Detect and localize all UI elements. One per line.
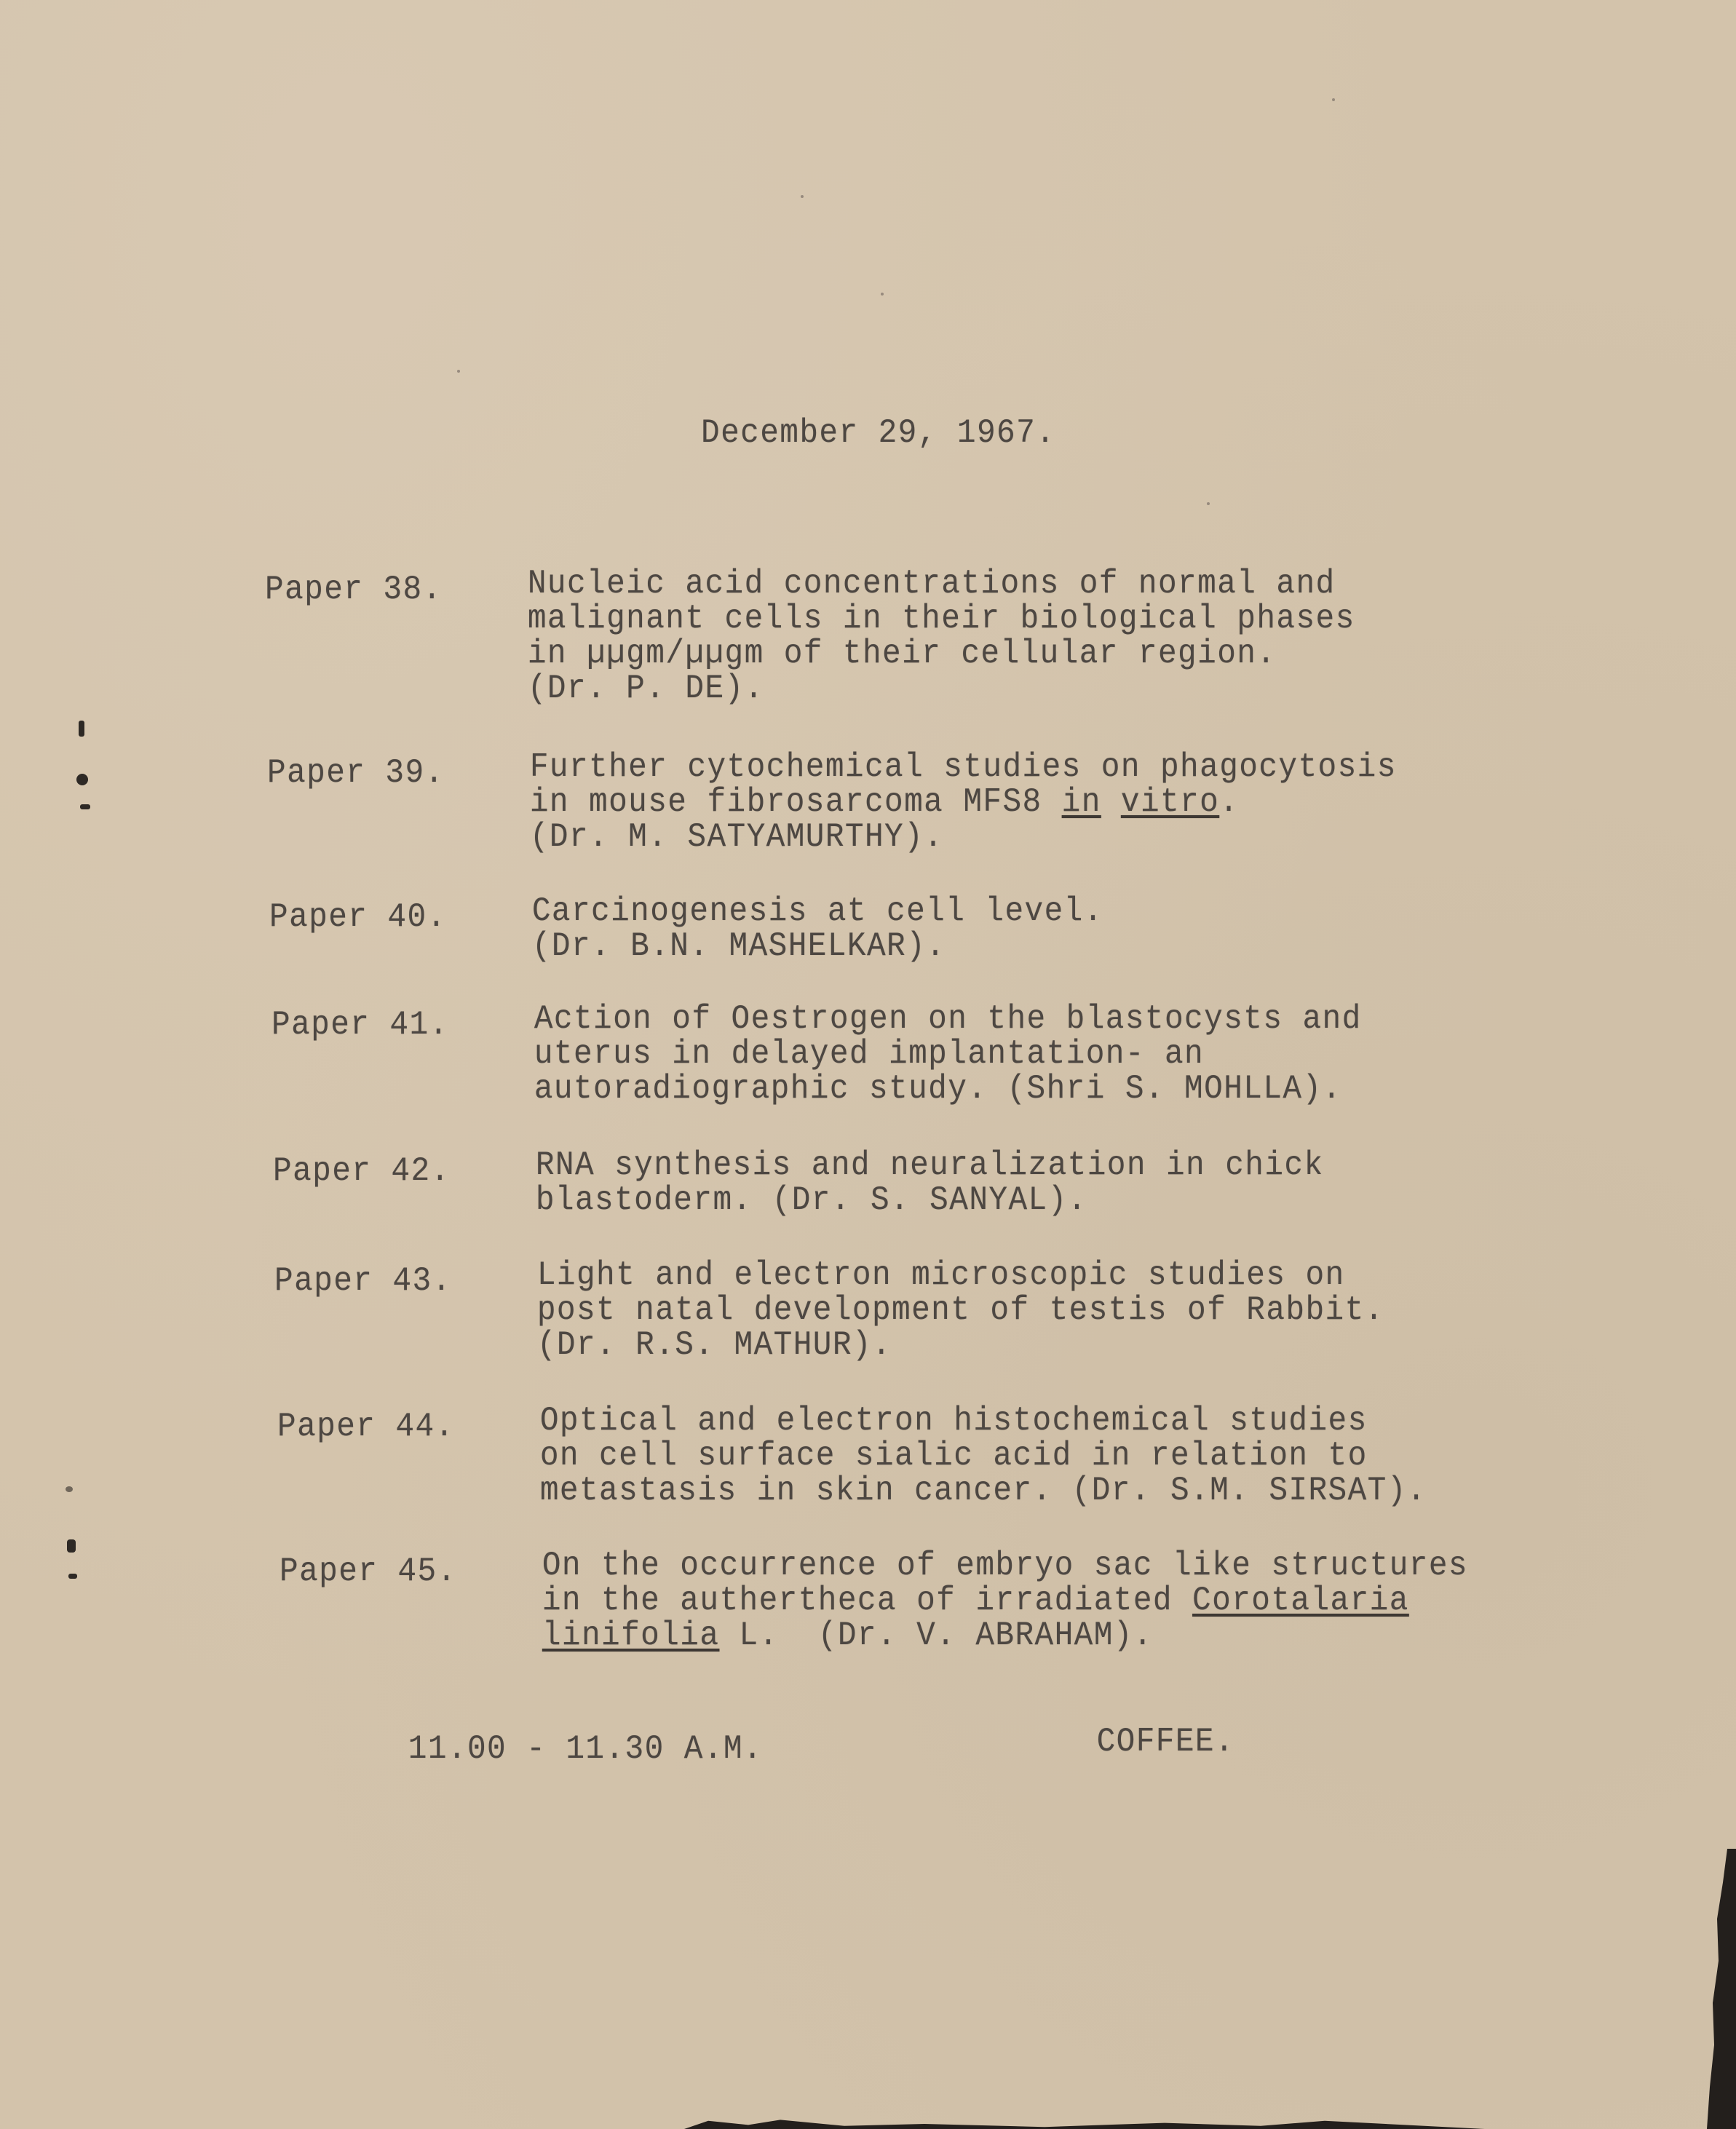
- paper-title-line: linifolia L. (Dr. V. ABRAHAM).: [542, 1617, 1468, 1652]
- paper-speck: [881, 293, 884, 296]
- paper-author: (Dr. M. SATYAMURTHY).: [530, 819, 1397, 854]
- paper-title-line: Light and electron microscopic studies o…: [537, 1257, 1384, 1292]
- paper-author: (Dr. B.N. MASHELKAR).: [532, 928, 1103, 963]
- paper-label: Paper 40.: [269, 899, 447, 935]
- paper-title-line: On the occurrence of embryo sac like str…: [542, 1547, 1468, 1582]
- paper-title: Further cytochemical studies on phagocyt…: [530, 749, 1397, 854]
- paper-speck: [801, 195, 804, 198]
- paper-title: Light and electron microscopic studies o…: [537, 1257, 1384, 1362]
- paper-author: L. (Dr. V. ABRAHAM).: [719, 1617, 1152, 1654]
- paper-label: Paper 41.: [272, 1007, 449, 1043]
- paper-label: Paper 44.: [277, 1408, 455, 1445]
- margin-mark: [66, 1486, 73, 1492]
- paper-title-text: in mouse fibrosarcoma MFS8: [530, 783, 1042, 821]
- paper-title-line: Optical and electron histochemical studi…: [540, 1403, 1427, 1438]
- paper-title-line: Action of Oestrogen on the blastocysts a…: [534, 1001, 1362, 1036]
- paper-speck: [1207, 502, 1210, 505]
- margin-mark: [79, 721, 84, 737]
- margin-mark: [76, 774, 88, 785]
- margin-mark: [68, 1574, 77, 1579]
- italic-term-in: in: [1062, 783, 1101, 821]
- paper-title-line: autoradiographic study. (Shri S. MOHLLA)…: [534, 1071, 1362, 1106]
- paper-title-line: Further cytochemical studies on phagocyt…: [530, 749, 1397, 784]
- paper-title: On the occurrence of embryo sac like str…: [542, 1547, 1468, 1652]
- torn-edge-right: [1707, 1849, 1736, 2129]
- paper-title-line: in µµgm/µµgm of their cellular region.: [528, 635, 1355, 670]
- paper-title-line: Carcinogenesis at cell level.: [532, 893, 1103, 928]
- paper-title: Action of Oestrogen on the blastocysts a…: [534, 1001, 1362, 1106]
- torn-edge-bottom: [684, 2119, 1485, 2129]
- paper-title-line: metastasis in skin cancer. (Dr. S.M. SIR…: [540, 1472, 1427, 1507]
- margin-mark: [80, 804, 90, 809]
- document-date: December 29, 1967.: [701, 415, 1055, 451]
- scanned-page: December 29, 1967. Paper 38. Nucleic aci…: [0, 0, 1736, 2129]
- paper-label: Paper 43.: [274, 1263, 452, 1299]
- paper-title: Optical and electron histochemical studi…: [540, 1403, 1427, 1507]
- paper-title-line: on cell surface sialic acid in relation …: [540, 1438, 1427, 1472]
- paper-speck: [1332, 98, 1335, 101]
- paper-title-line: in the authertheca of irradiated Corotal…: [542, 1582, 1468, 1617]
- paper-title-line: uterus in delayed implantation- an: [534, 1036, 1362, 1071]
- punctuation: .: [1219, 783, 1239, 821]
- paper-author: (Dr. P. DE).: [528, 670, 1355, 705]
- italic-term-vitro: vitro: [1121, 783, 1219, 821]
- paper-author: (Dr. R.S. MATHUR).: [537, 1327, 1384, 1362]
- paper-title-line: Nucleic acid concentrations of normal an…: [528, 566, 1355, 600]
- paper-title-text: in the authertheca of irradiated: [542, 1582, 1173, 1619]
- paper-title: Nucleic acid concentrations of normal an…: [528, 566, 1355, 705]
- paper-title-line: in mouse fibrosarcoma MFS8 in vitro.: [530, 784, 1397, 819]
- species-epithet: linifolia: [542, 1617, 720, 1654]
- paper-title-line: blastoderm. (Dr. S. SANYAL).: [536, 1182, 1324, 1217]
- species-genus: Corotalaria: [1192, 1582, 1409, 1619]
- paper-label: Paper 39.: [267, 755, 445, 791]
- paper-label: Paper 45.: [280, 1553, 457, 1590]
- paper-label: Paper 38.: [265, 571, 443, 608]
- paper-speck: [457, 370, 460, 373]
- margin-mark: [67, 1539, 76, 1553]
- paper-label: Paper 42.: [273, 1153, 451, 1189]
- paper-title-line: post natal development of testis of Rabb…: [537, 1292, 1384, 1327]
- paper-title: RNA synthesis and neuralization in chick…: [536, 1147, 1324, 1217]
- break-time: 11.00 - 11.30 A.M.: [408, 1731, 763, 1767]
- paper-title-line: RNA synthesis and neuralization in chick: [536, 1147, 1324, 1182]
- break-label: COFFEE.: [1097, 1724, 1234, 1760]
- paper-title-line: malignant cells in their biological phas…: [528, 600, 1355, 635]
- paper-title: Carcinogenesis at cell level. (Dr. B.N. …: [532, 893, 1103, 963]
